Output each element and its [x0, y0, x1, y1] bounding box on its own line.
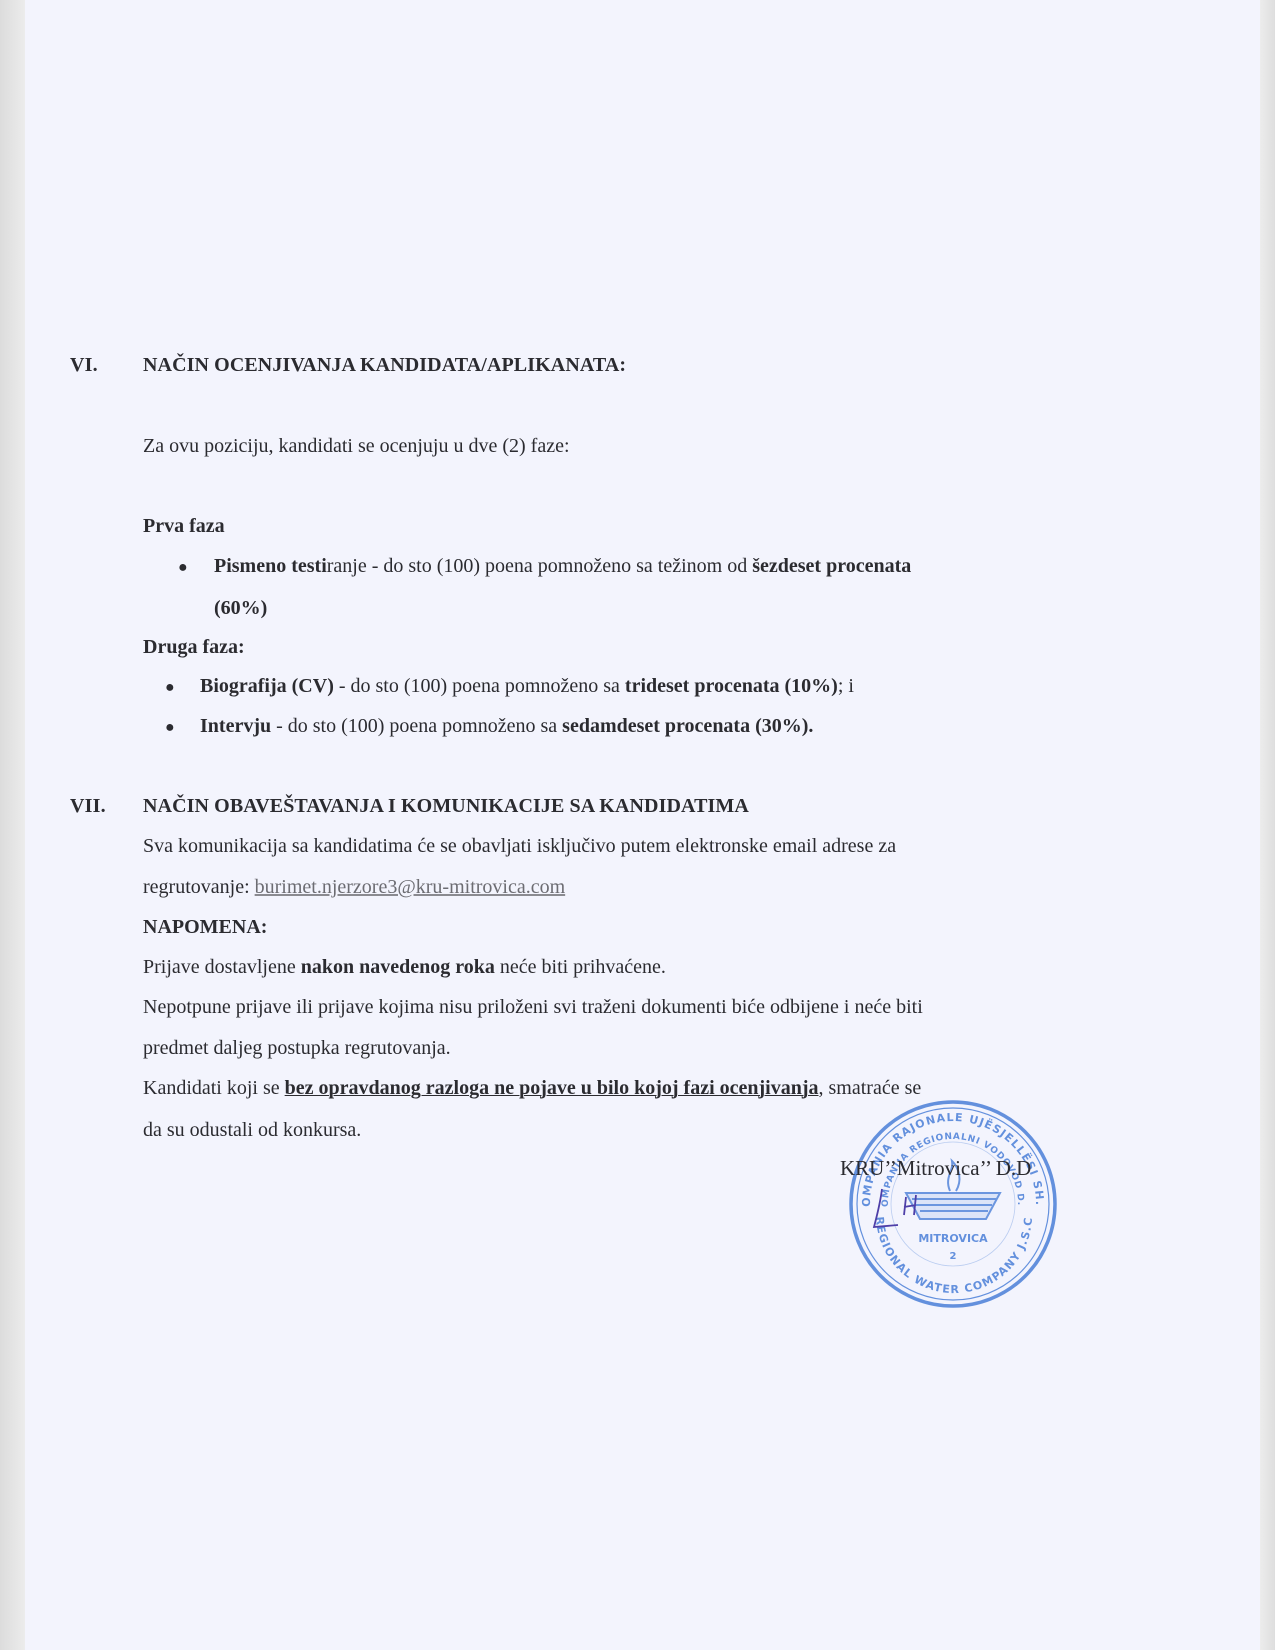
communication-text-line1: Sva komunikacija sa kandidatima će se ob… — [143, 835, 896, 858]
section-vi-intro: Za ovu poziciju, kandidati se ocenjuju u… — [143, 435, 570, 458]
phase1-heading: Prva faza — [143, 515, 225, 538]
bullet-icon: ● — [165, 719, 175, 737]
phase1-item-written-test: Pismeno testiranje - do sto (100) poena … — [214, 555, 911, 578]
recruitment-email-link[interactable]: burimet.njerzore3@kru-mitrovica.com — [255, 876, 566, 898]
phase2-item-interview: Intervju - do sto (100) poena pomnoženo … — [200, 715, 813, 738]
scan-edge-right — [1260, 0, 1275, 1650]
section-vii-number: VII. — [70, 795, 106, 818]
bullet-icon: ● — [165, 679, 175, 697]
scan-edge-left — [0, 0, 25, 1650]
bullet-icon: ● — [178, 559, 188, 577]
phase2-item-cv: Biografija (CV) - do sto (100) poena pom… — [200, 675, 854, 698]
svg-text:MITROVICA: MITROVICA — [918, 1232, 988, 1245]
phase2-heading: Druga faza: — [143, 636, 245, 659]
note-absence-line1: Kandidati koji se bez opravdanog razloga… — [143, 1077, 921, 1100]
company-signature-name: KRU’’Mitrovica’’ D.D — [840, 1156, 1031, 1181]
note-incomplete-line1: Nepotpune prijave ili prijave kojima nis… — [143, 996, 923, 1019]
svg-text:2: 2 — [950, 1251, 957, 1262]
communication-text-line2: regrutovanje: burimet.njerzore3@kru-mitr… — [143, 876, 565, 899]
note-incomplete-line2: predmet daljeg postupka regrutovanja. — [143, 1037, 451, 1060]
phase1-item-continuation: (60%) — [214, 597, 267, 620]
stamp-seal-icon: KOMPANIA RAJONALE UJËSJELLËSI SH.A KOMPA… — [846, 1097, 1060, 1311]
note-absence-line2: da su odustali od konkursa. — [143, 1119, 361, 1142]
section-vi-number: VI. — [70, 354, 98, 377]
document-page — [25, 0, 1260, 1650]
note-late-applications: Prijave dostavljene nakon navedenog roka… — [143, 956, 666, 979]
section-vi-title: NAČIN OCENJIVANJA KANDIDATA/APLIKANATA: — [143, 354, 626, 377]
section-vii-title: NAČIN OBAVEŠTAVANJA I KOMUNIKACIJE SA KA… — [143, 795, 749, 818]
note-heading: NAPOMENA: — [143, 916, 267, 939]
company-stamp: KOMPANIA RAJONALE UJËSJELLËSI SH.A KOMPA… — [846, 1097, 1060, 1311]
